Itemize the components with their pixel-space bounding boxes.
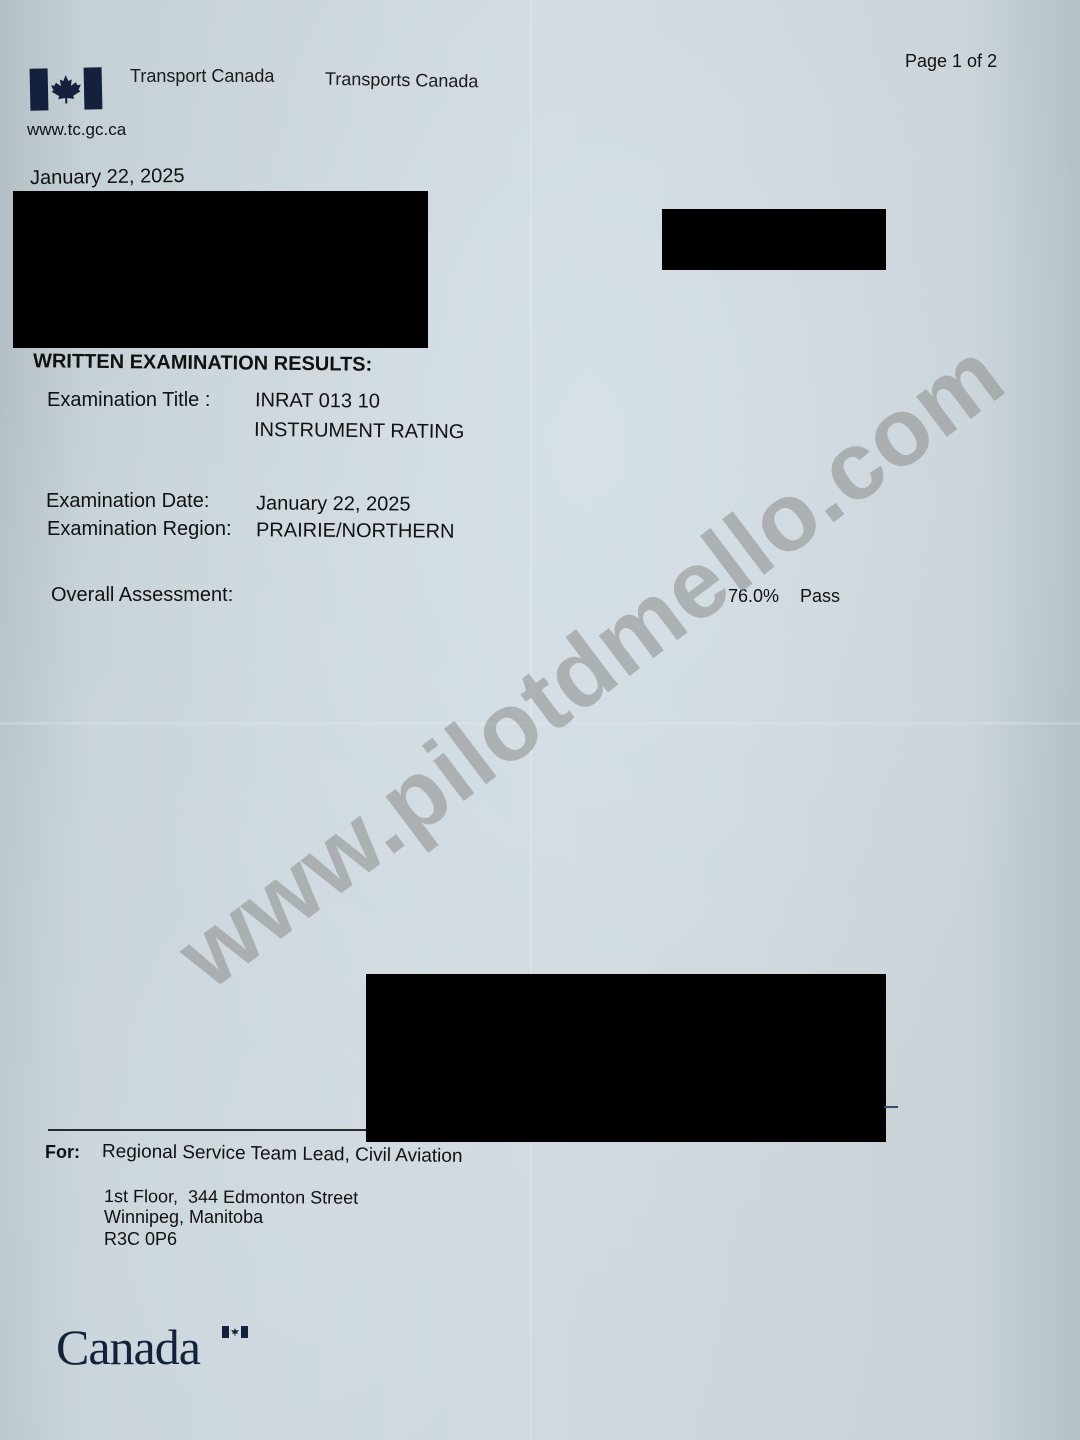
exam-date-label: Examination Date:: [46, 490, 209, 513]
exam-date: January 22, 2025: [256, 492, 411, 516]
exam-name: INSTRUMENT RATING: [254, 419, 465, 444]
department-name-fr: Transports Canada: [325, 69, 479, 93]
overall-assessment-label: Overall Assessment:: [51, 584, 233, 607]
department-name-en: Transport Canada: [130, 66, 274, 87]
signature-stroke: [884, 1106, 898, 1108]
for-label: For:: [45, 1142, 80, 1163]
address-line-3: R3C 0P6: [104, 1229, 177, 1250]
canada-flag-icon: [30, 67, 103, 110]
letter-date: January 22, 2025: [30, 165, 185, 190]
website-url: www.tc.gc.ca: [27, 120, 126, 140]
signatory-title: Regional Service Team Lead, Civil Aviati…: [102, 1141, 463, 1168]
exam-region: PRAIRIE/NORTHERN: [256, 519, 455, 543]
wordmark-flag-icon: [222, 1326, 248, 1338]
redacted-reference-number: [662, 209, 886, 270]
page-indicator: Page 1 of 2: [905, 51, 997, 72]
canada-wordmark: Canada: [56, 1318, 200, 1376]
redacted-recipient-address: [13, 191, 428, 348]
exam-region-label: Examination Region:: [47, 518, 232, 541]
overall-result: Pass: [800, 586, 840, 607]
exam-code: INRAT 013 10: [255, 389, 380, 413]
section-title: WRITTEN EXAMINATION RESULTS:: [33, 350, 372, 377]
address-line-2: Winnipeg, Manitoba: [104, 1207, 263, 1228]
address-line-1: 1st Floor, 344 Edmonton Street: [104, 1186, 358, 1209]
exam-title-label: Examination Title :: [47, 389, 210, 412]
signature-line: [48, 1129, 368, 1131]
redacted-signature: [366, 974, 886, 1142]
